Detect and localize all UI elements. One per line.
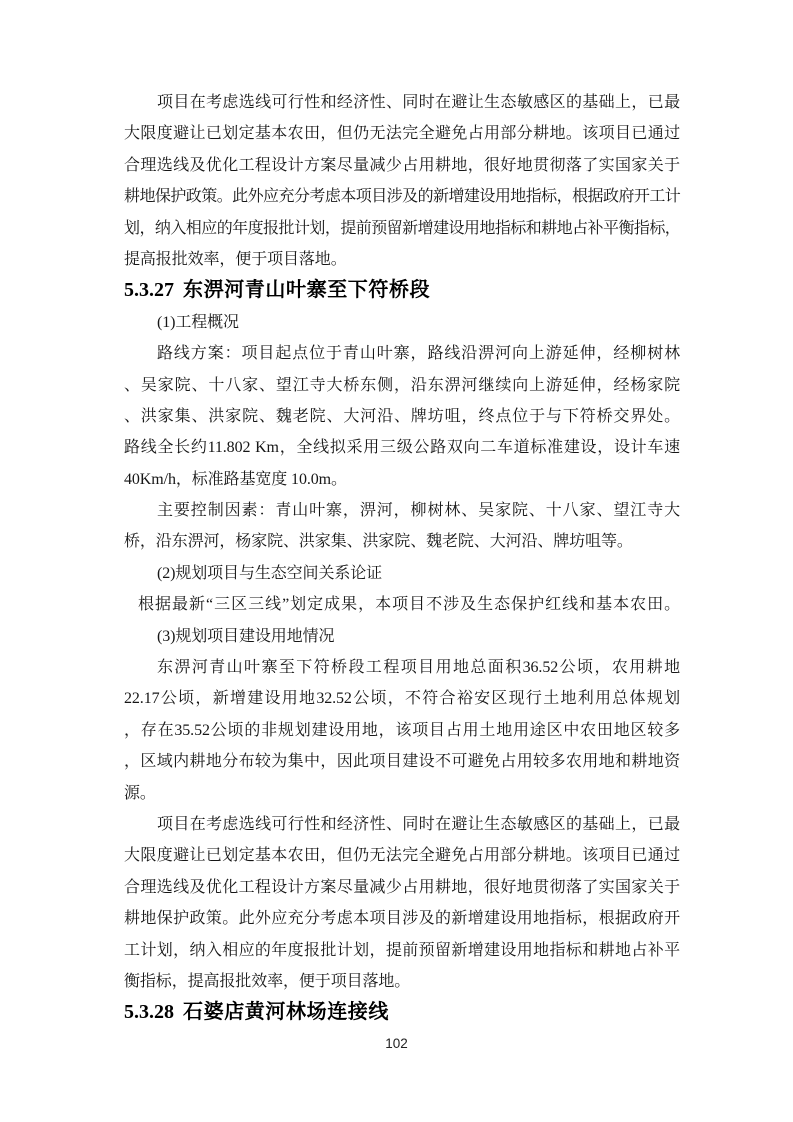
para-top-line: 项目在考虑选线可行性和经济性、同时在避让生态敏感区的基础上，已最 (124, 87, 680, 118)
subheading-2: (2)规划项目与生态空间关系论证 (124, 558, 680, 589)
para-route-line: 、吴家院、十八家、望江寺大桥东侧，沿东淠河继续向上游延伸，经杨家院 (124, 370, 680, 401)
heading-number: 5.3.28 (124, 1001, 174, 1023)
para-top-line: 划，纳入相应的年度报批计划，提前预留新增建设用地指标和耕地占补平衡指标， (124, 213, 680, 244)
page-content: 项目在考虑选线可行性和经济性、同时在避让生态敏感区的基础上，已最 大限度避让已划… (124, 87, 680, 1029)
para-land-line: 源。 (124, 778, 680, 809)
sanxian-line: 根据最新“三区三线”划定成果，本项目不涉及生态保护红线和基本农田。 (124, 589, 680, 620)
heading-number: 5.3.27 (124, 279, 174, 301)
para-top-line: 耕地保护政策。此外应充分考虑本项目涉及的新增建设用地指标，根据政府开工计 (124, 181, 680, 212)
para-bottom-line: 大限度避让已划定基本农田，但仍无法完全避免占用部分耕地。该项目已通过 (124, 840, 680, 871)
para-land-line: ，存在35.52公顷的非规划建设用地，该项目占用土地用途区中农田地区较多 (124, 715, 680, 746)
para-bottom-line: 工计划，纳入相应的年度报批计划，提前预留新增建设用地指标和耕地占补平 (124, 935, 680, 966)
para-land-line: 东淠河青山叶寨至下符桥段工程项目用地总面积36.52公顷，农用耕地 (124, 652, 680, 683)
para-control-line: 桥，沿东淠河，杨家院、洪家集、洪家院、魏老院、大河沿、牌坊咀等。 (124, 526, 680, 557)
para-bottom-line: 项目在考虑选线可行性和经济性、同时在避让生态敏感区的基础上，已最 (124, 809, 680, 840)
para-bottom-line: 衡指标，提高报批效率，便于项目落地。 (124, 966, 680, 997)
para-bottom-line: 耕地保护政策。此外应充分考虑本项目涉及的新增建设用地指标，根据政府开 (124, 903, 680, 934)
para-control-line: 主要控制因素：青山叶寨，淠河，柳树林、吴家院、十八家、望江寺大 (124, 495, 680, 526)
subheading-1: (1)工程概况 (124, 307, 680, 338)
heading-title: 东淠河青山叶寨至下符桥段 (183, 279, 430, 301)
page-number: 102 (0, 1036, 793, 1051)
heading-title: 石婆店黄河林场连接线 (183, 1001, 389, 1023)
para-top-line: 大限度避让已划定基本农田，但仍无法完全避免占用部分耕地。该项目已通过 (124, 118, 680, 149)
para-route-line: 40Km/h，标准路基宽度 10.0m。 (124, 464, 680, 495)
section-heading-5-3-28: 5.3.28石婆店黄河林场连接线 (124, 997, 680, 1028)
document-page: 项目在考虑选线可行性和经济性、同时在避让生态敏感区的基础上，已最 大限度避让已划… (0, 0, 793, 1122)
subheading-3: (3)规划项目建设用地情况 (124, 621, 680, 652)
section-heading-5-3-27: 5.3.27东淠河青山叶寨至下符桥段 (124, 275, 680, 306)
para-route-line: 路线全长约11.802 Km，全线拟采用三级公路双向二车道标准建设，设计车速 (124, 432, 680, 463)
para-bottom-line: 合理选线及优化工程设计方案尽量减少占用耕地，很好地贯彻落了实国家关于 (124, 872, 680, 903)
para-route-line: 路线方案：项目起点位于青山叶寨，路线沿淠河向上游延伸，经柳树林 (124, 338, 680, 369)
para-top-line: 提高报批效率，便于项目落地。 (124, 244, 680, 275)
para-route-line: 、洪家集、洪家院、魏老院、大河沿、牌坊咀，终点位于与下符桥交界处。 (124, 401, 680, 432)
para-land-line: 22.17公顷，新增建设用地32.52公顷，不符合裕安区现行土地利用总体规划 (124, 683, 680, 714)
para-top-line: 合理选线及优化工程设计方案尽量减少占用耕地，很好地贯彻落了实国家关于 (124, 150, 680, 181)
para-land-line: ，区域内耕地分布较为集中，因此项目建设不可避免占用较多农用地和耕地资 (124, 746, 680, 777)
